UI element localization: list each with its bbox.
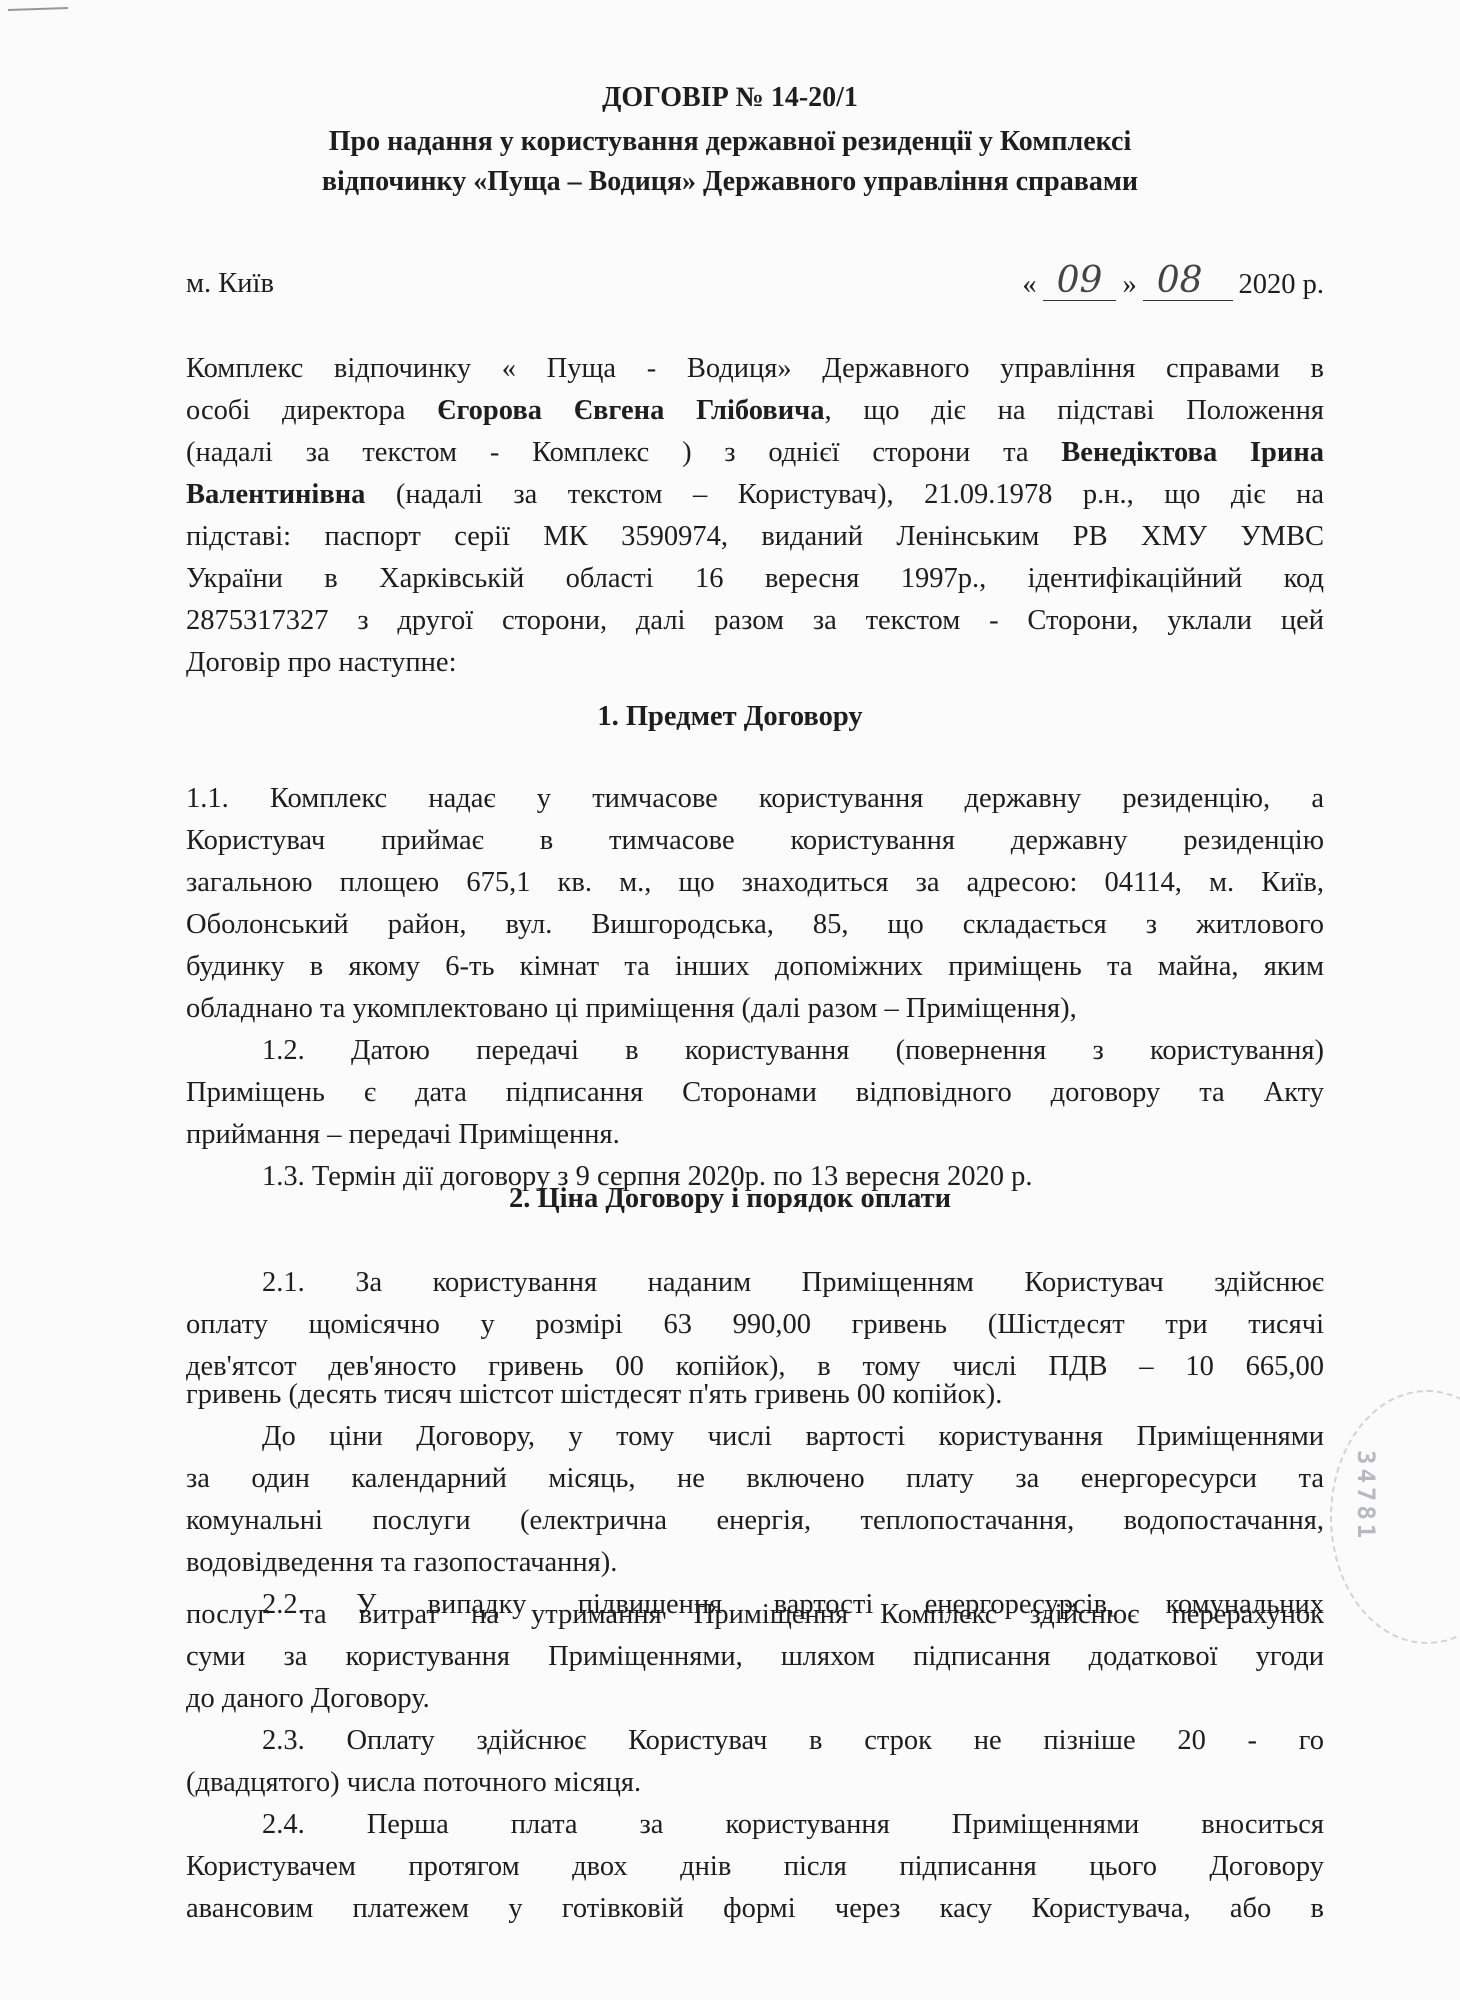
date-open-quote: «: [1022, 269, 1036, 301]
clause-line: 1.1. Комплекс надає у тимчасове користув…: [186, 780, 1324, 818]
clause-line: До ціни Договору, у тому числі вартості …: [262, 1418, 1324, 1456]
preamble-line: Комплекс відпочинку « Пуща - Водиця» Дер…: [186, 350, 1324, 388]
clause-line: Користувачем протягом двох днів після пі…: [186, 1848, 1324, 1886]
clause-line: гривень (десять тисяч шістсот шістдесят …: [186, 1376, 1324, 1414]
date-close-quote: »: [1122, 269, 1136, 301]
preamble-line: Валентинівна (надалі за текстом – Корист…: [186, 476, 1324, 514]
document-title: ДОГОВІР № 14-20/1: [0, 80, 1460, 116]
place-of-signing: м. Київ: [186, 268, 274, 300]
clause-line: до даного Договору.: [186, 1680, 1324, 1718]
clause-line: 2.3. Оплату здійснює Користувач в строк …: [262, 1722, 1324, 1760]
director-name: Єгорова Євгена Глібовича: [437, 395, 824, 426]
section-1-heading: 1. Предмет Договору: [0, 698, 1460, 736]
clause-line: приймання – передачі Приміщення.: [186, 1116, 1324, 1154]
preamble-line: 2875317327 з другої сторони, далі разом …: [186, 602, 1324, 640]
clause-line: Оболонський район, вул. Вишгородська, 85…: [186, 906, 1324, 944]
clause-line: загальною площею 675,1 кв. м., що знаход…: [186, 864, 1324, 902]
preamble-line: України в Харківській області 16 вересня…: [186, 560, 1324, 598]
clause-line: будинку в якому 6-ть кімнат та інших доп…: [186, 948, 1324, 986]
clause-line: авансовим платежем у готівковій формі че…: [186, 1890, 1324, 1928]
preamble-line: (надалі за текстом - Комплекс ) з однієї…: [186, 434, 1324, 472]
date-month-handwritten: 08: [1143, 262, 1233, 301]
clause-line: 2.4. Перша плата за користування Приміще…: [262, 1806, 1324, 1844]
section-2-heading: 2. Ціна Договору і порядок оплати: [0, 1180, 1460, 1218]
clause-line: оплату щомісячно у розмірі 63 990,00 гри…: [186, 1306, 1324, 1344]
document-subtitle-line2: відпочинку «Пуща – Водиця» Державного уп…: [0, 164, 1460, 200]
clause-line: обладнано та укомплектовано ці приміщенн…: [186, 990, 1324, 1028]
clause-line: за один календарний місяць, не включено …: [186, 1460, 1324, 1498]
clause-line: водовідведення та газопостачання).: [186, 1544, 1324, 1582]
date-day-handwritten: 09: [1043, 262, 1117, 301]
clause-line: (двадцятого) числа поточного місяця.: [186, 1764, 1324, 1802]
user-patronymic: Валентинівна: [186, 479, 365, 510]
clause-line: 1.2. Датою передачі в користування (пове…: [262, 1032, 1324, 1070]
clause-line: комунальні послуги (електрична енергія, …: [186, 1502, 1324, 1540]
date-year: 2020 р.: [1239, 269, 1325, 301]
clause-line: 2.1. За користування наданим Приміщенням…: [262, 1264, 1324, 1302]
clause-line: Приміщень є дата підписання Сторонами ві…: [186, 1074, 1324, 1112]
preamble-line: особі директора Єгорова Євгена Глібовича…: [186, 392, 1324, 430]
scan-artifact: [8, 7, 68, 17]
user-name: Венедіктова Ірина: [1061, 437, 1324, 468]
seal-stamp-digits: 34781: [1340, 1450, 1380, 1542]
clause-line: Користувач приймає в тимчасове користува…: [186, 822, 1324, 860]
document-page: ДОГОВІР № 14-20/1 Про надання у користув…: [0, 0, 1460, 2000]
document-subtitle-line1: Про надання у користування державної рез…: [0, 124, 1460, 160]
clause-line: суми за користування Приміщеннями, шляхо…: [186, 1638, 1324, 1676]
preamble-line: підставі: паспорт серії МК 3590974, вида…: [186, 518, 1324, 556]
preamble-line: Договір про наступне:: [186, 644, 1324, 682]
contract-date: « 09 » 08 2020 р.: [1022, 262, 1324, 301]
clause-line: послуг та витрат на утримання Приміщення…: [186, 1596, 1324, 1634]
